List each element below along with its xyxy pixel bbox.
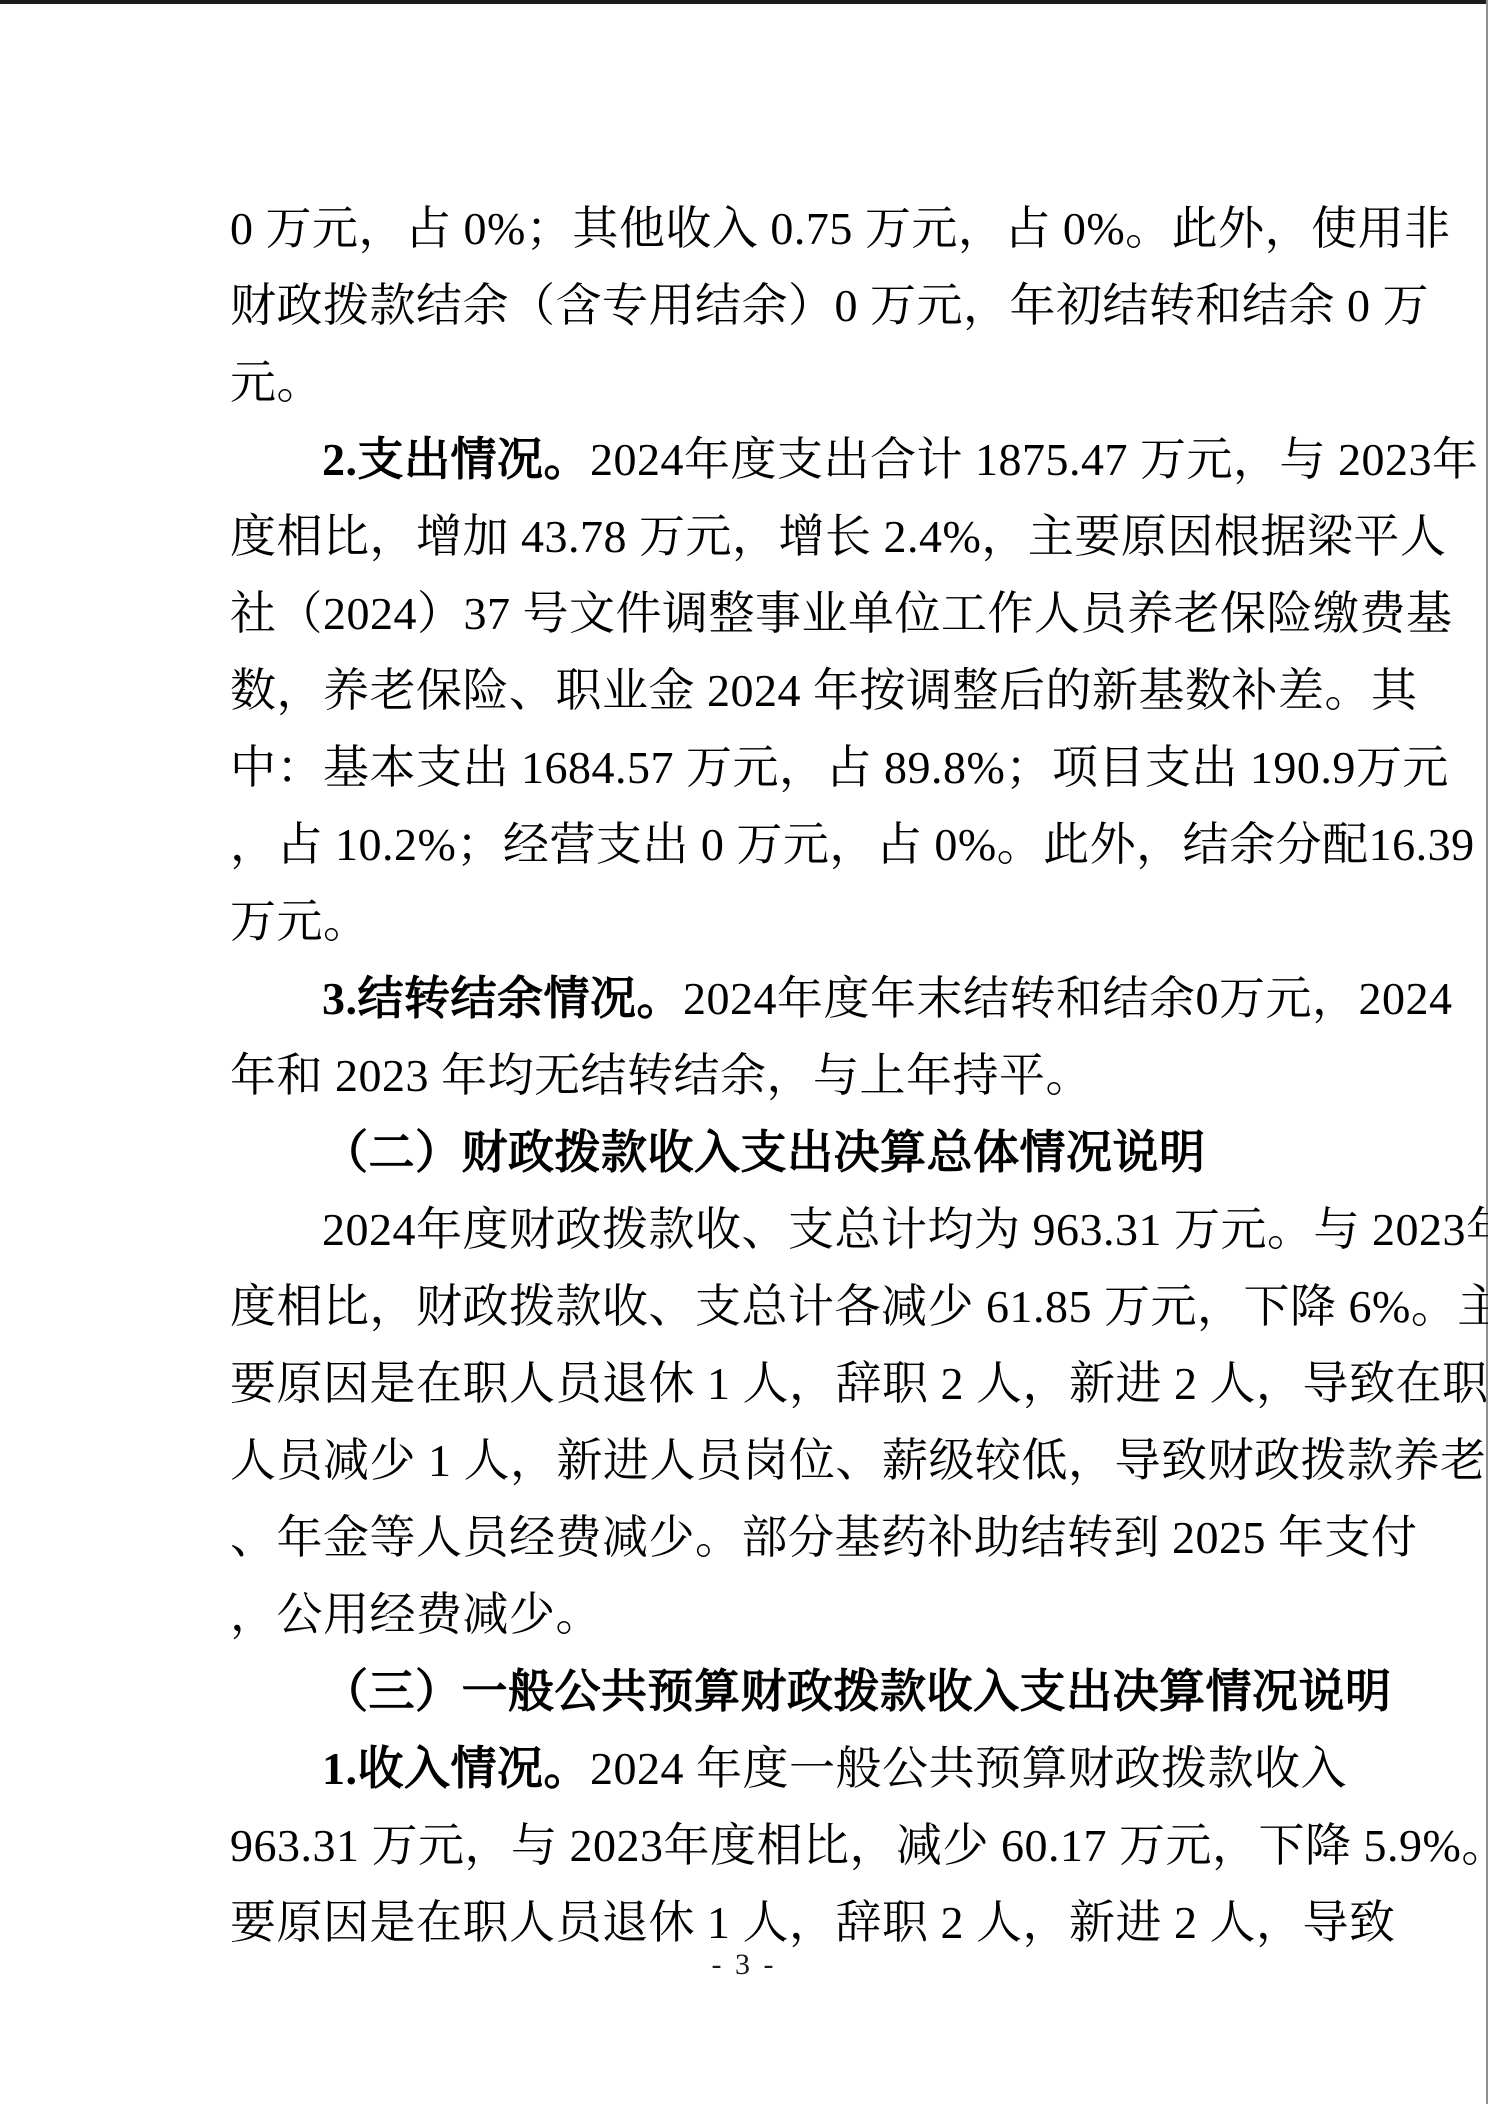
text-line: 人员减少 1 人，新进人员岗位、薪级较低，导致财政拨款养老 — [230, 1422, 1340, 1499]
text-line: 数，养老保险、职业金 2024 年按调整后的新基数补差。其 — [230, 652, 1340, 729]
section-heading-line: （三）一般公共预算财政拨款收入支出决算情况说明 — [230, 1653, 1340, 1730]
paragraph-start-line: 2024年度财政拨款收、支总计均为 963.31 万元。与 2023年 — [230, 1191, 1340, 1268]
text-line: 要原因是在职人员退休 1 人，辞职 2 人，新进 2 人，导致在职 — [230, 1345, 1340, 1422]
section-heading-line: （二）财政拨款收入支出决算总体情况说明 — [230, 1114, 1340, 1191]
paragraph-start-line: 2.支出情况。2024年度支出合计 1875.47 万元，与 2023年 — [230, 421, 1340, 498]
text-line: 财政拨款结余（含专用结余）0 万元，年初结转和结余 0 万 — [230, 267, 1340, 344]
text-line: 0 万元，占 0%；其他收入 0.75 万元，占 0%。此外，使用非 — [230, 190, 1340, 267]
page-number: - 3 - — [0, 1948, 1488, 1982]
text-line: 年和 2023 年均无结转结余，与上年持平。 — [230, 1037, 1340, 1114]
paragraph-start-line: 3.结转结余情况。2024年度年末结转和结余0万元，2024 — [230, 960, 1340, 1037]
text-line: 元。 — [230, 344, 1340, 421]
text-line: 963.31 万元，与 2023年度相比，减少 60.17 万元，下降 5.9%… — [230, 1807, 1340, 1884]
text-line: ，占 10.2%；经营支出 0 万元，占 0%。此外，结余分配16.39 — [230, 806, 1340, 883]
text-line: 度相比，增加 43.78 万元，增长 2.4%，主要原因根据梁平人 — [230, 498, 1340, 575]
text-line: 中：基本支出 1684.57 万元，占 89.8%；项目支出 190.9万元 — [230, 729, 1340, 806]
text-line: ，公用经费减少。 — [230, 1576, 1340, 1653]
text-line: 度相比，财政拨款收、支总计各减少 61.85 万元，下降 6%。主 — [230, 1268, 1340, 1345]
paragraph-start-line: 1.收入情况。2024 年度一般公共预算财政拨款收入 — [230, 1730, 1340, 1807]
page-top-border — [0, 0, 1488, 4]
document-body: 0 万元，占 0%；其他收入 0.75 万元，占 0%。此外，使用非 财政拨款结… — [230, 190, 1340, 1961]
text-line: 社（2024）37 号文件调整事业单位工作人员养老保险缴费基 — [230, 575, 1340, 652]
text-line: 、年金等人员经费减少。部分基药补助结转到 2025 年支付 — [230, 1499, 1340, 1576]
text-line: 万元。 — [230, 883, 1340, 960]
